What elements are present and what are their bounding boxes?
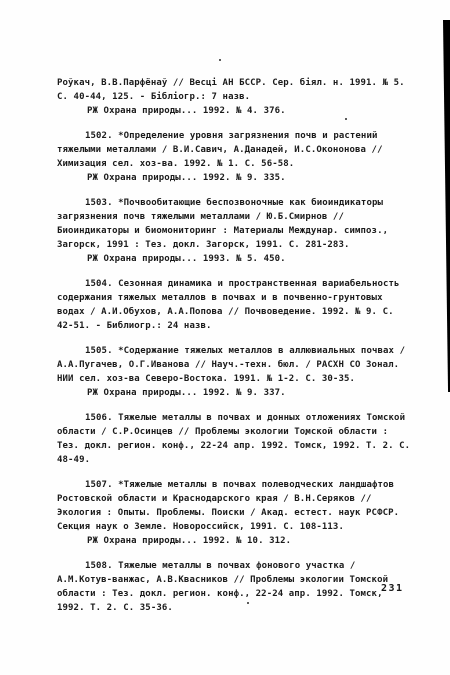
- scanned-bibliography-page: Роўкач, В.В.Парфёнаў // Весці АН БССР. С…: [0, 0, 450, 675]
- rzh-reference: РЖ Охрана природы... 1992. № 9. 335.: [57, 171, 415, 185]
- entry-number: 1506.: [85, 413, 113, 423]
- entry-number: 1503.: [85, 198, 113, 208]
- bibliography-entry-1505: 1505. *Содержание тяжелых металлов в алл…: [57, 344, 415, 400]
- rzh-reference: РЖ Охрана природы... 1992. № 9. 337.: [57, 386, 415, 400]
- entry-text: 1507. *Тяжелые металлы в почвах полеводч…: [57, 478, 415, 534]
- entry-number: 1504.: [85, 279, 113, 289]
- rzh-reference: РЖ Охрана природы... 1993. № 5. 450.: [57, 252, 415, 266]
- entry-number: 1502.: [85, 131, 113, 141]
- book-binding-shadow: [443, 20, 450, 392]
- entry-text: 1502. *Определение уровня загрязнения по…: [57, 129, 415, 171]
- rzh-reference: РЖ Охрана природы... 1992. № 4. 376.: [57, 104, 415, 118]
- bibliography-content: Роўкач, В.В.Парфёнаў // Весці АН БССР. С…: [57, 76, 415, 615]
- entry-text: 1506. Тяжелые металлы в почвах и донных …: [57, 411, 415, 467]
- entry-text: 1505. *Содержание тяжелых металлов в алл…: [57, 344, 415, 386]
- entry-number: 1508.: [85, 561, 113, 571]
- page-number: 231: [381, 583, 404, 594]
- entry-number: 1505.: [85, 346, 113, 356]
- scan-speck: [219, 59, 221, 61]
- bibliography-entry-1508: 1508. Тяжелые металлы в почвах фонового …: [57, 559, 415, 615]
- bibliography-entry-1502: 1502. *Определение уровня загрязнения по…: [57, 129, 415, 185]
- bibliography-entry-1507: 1507. *Тяжелые металлы в почвах полеводч…: [57, 478, 415, 548]
- bibliography-entry-1506: 1506. Тяжелые металлы в почвах и донных …: [57, 411, 415, 467]
- entry-number: 1507.: [85, 480, 113, 490]
- bibliography-entry-1503: 1503. *Почвообитающие беспозвоночные как…: [57, 196, 415, 266]
- entry-text: 1503. *Почвообитающие беспозвоночные как…: [57, 196, 415, 252]
- entry-text: 1504. Сезонная динамика и пространственн…: [57, 277, 415, 333]
- rzh-reference: РЖ Охрана природы... 1992. № 10. 312.: [57, 534, 415, 548]
- bibliography-entry-1504: 1504. Сезонная динамика и пространственн…: [57, 277, 415, 333]
- entry-text: 1508. Тяжелые металлы в почвах фонового …: [57, 559, 415, 615]
- bibliography-entry-continuation: Роўкач, В.В.Парфёнаў // Весці АН БССР. С…: [57, 76, 415, 104]
